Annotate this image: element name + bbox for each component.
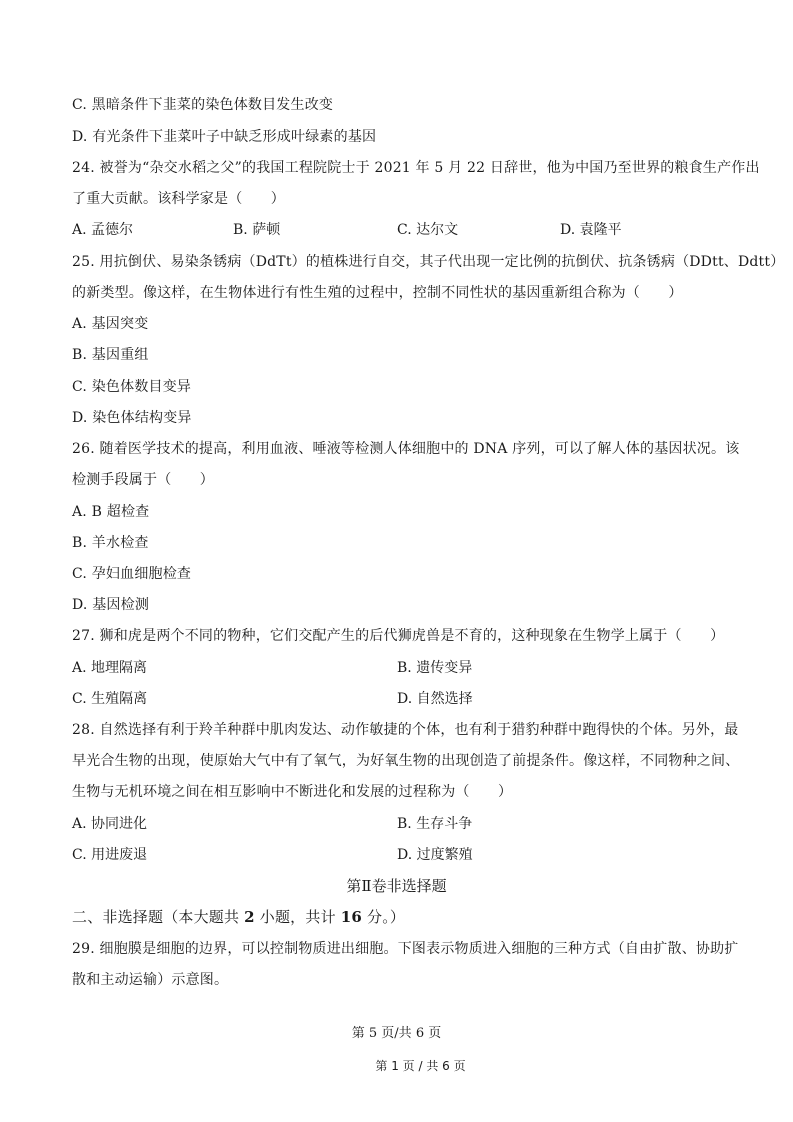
q28-option-d: D. 过度繁殖 <box>397 846 473 864</box>
q23-option-d: D. 有光条件下韭菜叶子中缺乏形成叶绿素的基因 <box>72 128 376 146</box>
q24-option-c: C. 达尔文 <box>397 221 458 239</box>
q27-option-b: B. 遗传变异 <box>397 659 472 677</box>
q26-option-a: A. B 超检查 <box>72 503 149 521</box>
q28-option-b: B. 生存斗争 <box>397 815 472 833</box>
q26-stem-line1: 26. 随着医学技术的提高，利用血液、唾液等检测人体细胞中的 DNA 序列，可以… <box>72 440 739 458</box>
q28-stem-line2: 早光合生物的出现，使原始大气中有了氧气，为好氧生物的出现创造了前提条件。像这样，… <box>72 752 739 770</box>
volume-title: 第Ⅱ卷非选择题 <box>0 877 793 895</box>
q26-stem-line2: 检测手段属于（ ） <box>72 471 214 489</box>
section-heading-prefix: 二、非选择题（本大题共 <box>72 908 244 926</box>
q25-option-c: C. 染色体数目变异 <box>72 378 191 396</box>
q24-stem-line1: 24. 被誉为“杂交水稻之父”的我国工程院院士于 2021 年 5 月 22 日… <box>72 159 760 177</box>
q24-option-b: B. 萨顿 <box>233 221 280 239</box>
exam-page: C. 黑暗条件下韭菜的染色体数目发生改变 D. 有光条件下韭菜叶子中缺乏形成叶绿… <box>0 0 793 1122</box>
q26-option-c: C. 孕妇血细胞检查 <box>72 565 191 583</box>
q23-option-c: C. 黑暗条件下韭菜的染色体数目发生改变 <box>72 96 333 114</box>
outer-page-number: 第 1 页 / 共 6 页 <box>24 1057 793 1075</box>
q24-option-a: A. 孟德尔 <box>72 221 133 239</box>
q28-stem-line3: 生物与无机环境之间在相互影响中不断进化和发展的过程称为（ ） <box>72 783 512 801</box>
q27-option-c: C. 生殖隔离 <box>72 690 147 708</box>
inner-page-number: 第 5 页/共 6 页 <box>0 1025 793 1043</box>
q29-stem-line2: 散和主动运输）示意图。 <box>72 971 228 989</box>
q27-option-a: A. 地理隔离 <box>72 659 147 677</box>
section-heading-suffix: 分。） <box>362 908 405 926</box>
q26-option-d: D. 基因检测 <box>72 596 149 614</box>
q27-stem-line1: 27. 狮和虎是两个不同的物种，它们交配产生的后代狮虎兽是不育的，这种现象在生物… <box>72 627 724 645</box>
section-heading-score: 16 <box>341 908 362 926</box>
section-heading-mid: 小题，共计 <box>255 908 341 926</box>
q25-option-a: A. 基因突变 <box>72 315 148 333</box>
q25-option-b: B. 基因重组 <box>72 346 149 364</box>
q25-stem-line2: 的新类型。像这样，在生物体进行有性生殖的过程中，控制不同性状的基因重新组合称为（… <box>72 284 683 302</box>
q24-option-d: D. 袁隆平 <box>560 221 622 239</box>
q27-option-d: D. 自然选择 <box>397 690 473 708</box>
q25-option-d: D. 染色体结构变异 <box>72 409 192 427</box>
q29-stem-line1: 29. 细胞膜是细胞的边界，可以控制物质进出细胞。下图表示物质进入细胞的三种方式… <box>72 940 739 958</box>
section-heading-count: 2 <box>244 908 255 926</box>
q28-stem-line1: 28. 自然选择有利于羚羊种群中肌肉发达、动作敏捷的个体，也有利于猎豹种群中跑得… <box>72 721 739 739</box>
q28-option-a: A. 协同进化 <box>72 815 147 833</box>
q28-option-c: C. 用进废退 <box>72 846 147 864</box>
q26-option-b: B. 羊水检查 <box>72 534 149 552</box>
q25-stem-line1: 25. 用抗倒伏、易染条锈病（DdTt）的植株进行自交，其子代出现一定比例的抗倒… <box>72 253 784 271</box>
q24-stem-line2: 了重大贡献。该科学家是（ ） <box>72 190 285 208</box>
section-heading: 二、非选择题（本大题共 2 小题，共计 16 分。） <box>72 908 405 926</box>
